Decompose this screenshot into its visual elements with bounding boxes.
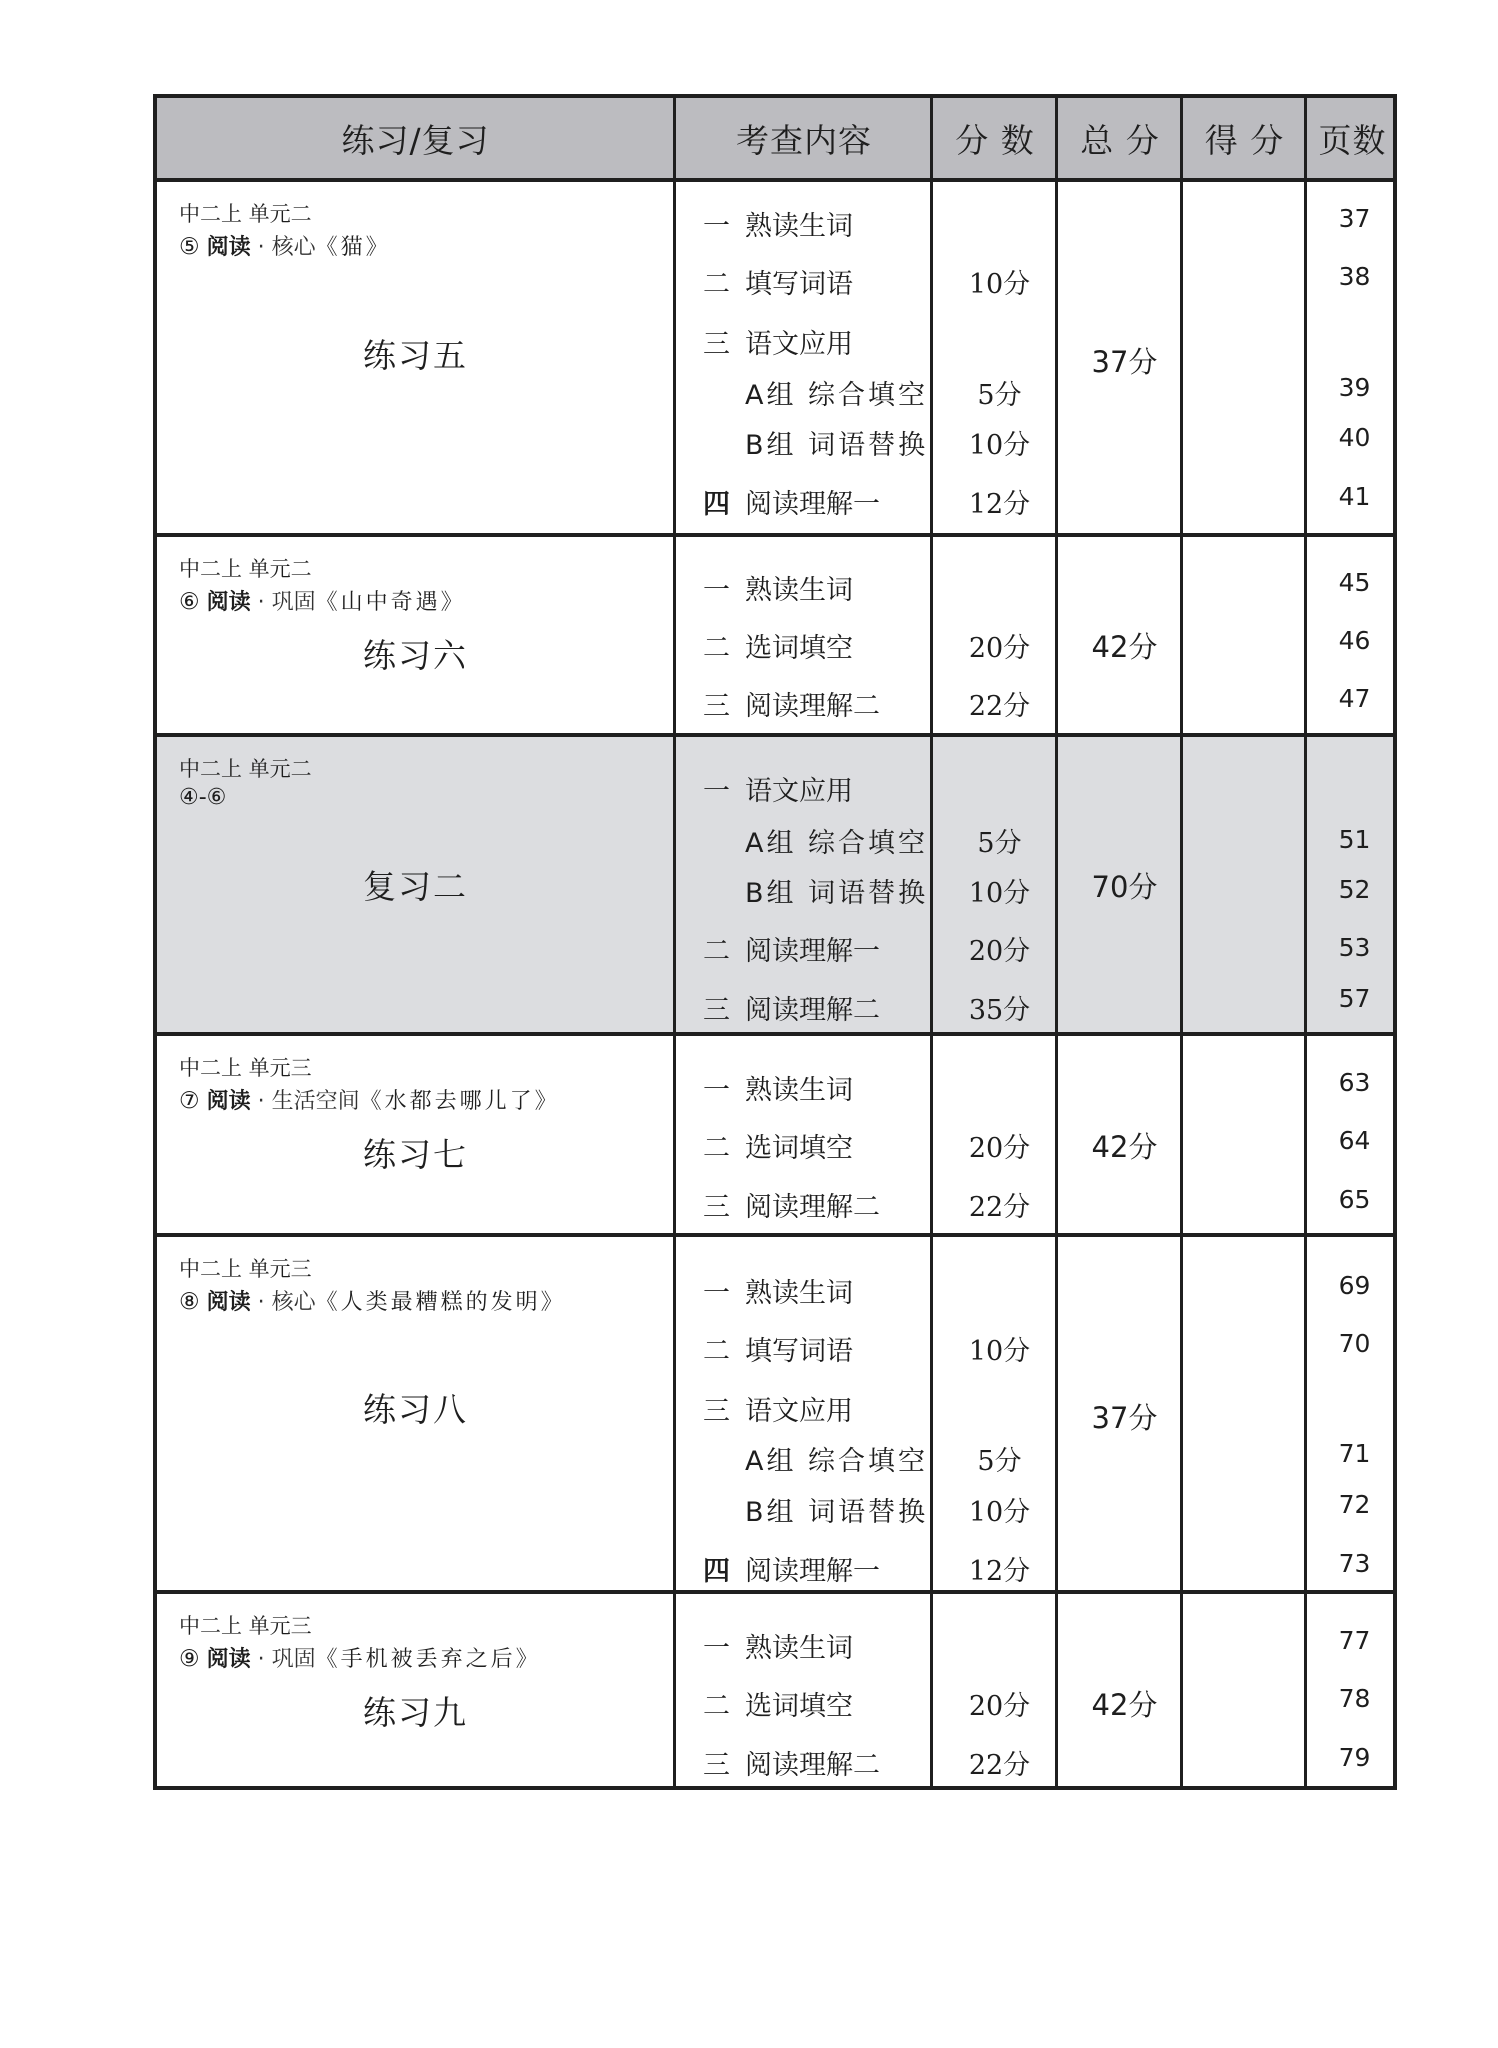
page-number: 38 bbox=[1308, 262, 1401, 291]
lesson-title: 《猫》 bbox=[316, 235, 391, 260]
grade-unit: 中二上 单元三 bbox=[179, 1052, 312, 1082]
content-item: 二选词填空 bbox=[703, 1684, 853, 1723]
lesson-number: ⑥ bbox=[179, 589, 200, 615]
header-earned: 得 分 bbox=[1184, 98, 1305, 178]
lesson-type: 阅读 bbox=[207, 1089, 251, 1114]
content-item: 一熟读生词 bbox=[703, 568, 853, 607]
item-score: 5分 bbox=[937, 373, 1062, 412]
lesson-range: ④-⑥ bbox=[179, 785, 226, 810]
lesson-title: 《水都去哪儿了》 bbox=[360, 1089, 560, 1114]
separator: · bbox=[251, 1290, 272, 1315]
page-number: 71 bbox=[1308, 1439, 1401, 1468]
table-row-exercise-7: 中二上 单元三 ⑦ 阅读 · 生活空间《水都去哪儿了》 练习七 一熟读生词 二选… bbox=[157, 1036, 1393, 1237]
table-header: 练习/复习 考查内容 分 数 总 分 得 分 页数 bbox=[157, 98, 1393, 178]
lesson-info: ⑦ 阅读 · 生活空间《水都去哪儿了》 bbox=[179, 1084, 560, 1115]
exercise-name: 练习五 bbox=[157, 330, 674, 377]
item-score: 10分 bbox=[937, 423, 1062, 462]
content-subitem: A组 综合填空 bbox=[745, 821, 928, 860]
lesson-category: 巩固 bbox=[272, 590, 316, 615]
row-divider bbox=[157, 1590, 1393, 1594]
page-number: 63 bbox=[1308, 1068, 1401, 1097]
item-score: 5分 bbox=[937, 821, 1062, 860]
content-subitem: B组 词语替换 bbox=[745, 1490, 928, 1529]
content-item: 三阅读理解二 bbox=[703, 684, 880, 723]
content-subitem: B组 词语替换 bbox=[745, 871, 928, 910]
item-score: 35分 bbox=[937, 988, 1062, 1027]
lesson-info: ⑤ 阅读 · 核心《猫》 bbox=[179, 230, 391, 261]
column-divider bbox=[1055, 98, 1058, 1786]
item-score: 12分 bbox=[937, 1549, 1062, 1588]
header-content: 考查内容 bbox=[677, 98, 931, 178]
page-number: 65 bbox=[1308, 1185, 1401, 1214]
lesson-type: 阅读 bbox=[207, 1290, 251, 1315]
page-number: 69 bbox=[1308, 1271, 1401, 1300]
content-subitem: B组 词语替换 bbox=[745, 423, 928, 462]
header-score: 分 数 bbox=[934, 98, 1056, 178]
row-divider bbox=[157, 1233, 1393, 1237]
row-divider bbox=[157, 733, 1393, 737]
page-number: 79 bbox=[1308, 1743, 1401, 1772]
item-score: 10分 bbox=[937, 1329, 1062, 1368]
lesson-category: 生活空间 bbox=[272, 1089, 360, 1114]
total-score: 70分 bbox=[1062, 865, 1187, 906]
header-divider bbox=[157, 178, 1393, 182]
grade-unit: 中二上 单元三 bbox=[179, 1253, 312, 1283]
exercise-name: 练习九 bbox=[157, 1687, 674, 1734]
table-row-exercise-9: 中二上 单元三 ⑨ 阅读 · 巩固《手机被丢弃之后》 练习九 一熟读生词 二选词… bbox=[157, 1594, 1393, 1790]
content-item: 一熟读生词 bbox=[703, 1626, 853, 1665]
page-number: 52 bbox=[1308, 875, 1401, 904]
header-page: 页数 bbox=[1308, 98, 1397, 178]
content-item: 三阅读理解二 bbox=[703, 1743, 880, 1782]
page-number: 70 bbox=[1308, 1329, 1401, 1358]
page-number: 53 bbox=[1308, 933, 1401, 962]
item-score: 20分 bbox=[937, 929, 1062, 968]
content-item: 二阅读理解一 bbox=[703, 929, 880, 968]
page-number: 57 bbox=[1308, 984, 1401, 1013]
exercise-score-table: 练习/复习 考查内容 分 数 总 分 得 分 页数 中二上 单元二 ⑤ 阅读 ·… bbox=[153, 94, 1397, 1790]
lesson-type: 阅读 bbox=[207, 590, 251, 615]
content-item: 一熟读生词 bbox=[703, 204, 853, 243]
lesson-title: 《手机被丢弃之后》 bbox=[316, 1647, 541, 1672]
page-number: 78 bbox=[1308, 1684, 1401, 1713]
lesson-number: ⑨ bbox=[179, 1646, 200, 1672]
total-score: 42分 bbox=[1062, 1683, 1187, 1724]
content-item: 一熟读生词 bbox=[703, 1271, 853, 1310]
separator: · bbox=[251, 1089, 272, 1114]
lesson-info: ⑨ 阅读 · 巩固《手机被丢弃之后》 bbox=[179, 1642, 541, 1673]
total-score: 42分 bbox=[1062, 1125, 1187, 1166]
table-row-exercise-6: 中二上 单元二 ⑥ 阅读 · 巩固《山中奇遇》 练习六 一熟读生词 二选词填空 … bbox=[157, 537, 1393, 737]
lesson-number: ⑤ bbox=[179, 234, 200, 260]
lesson-number: ⑧ bbox=[179, 1289, 200, 1315]
content-item: 二填写词语 bbox=[703, 1329, 853, 1368]
total-score: 42分 bbox=[1062, 625, 1187, 666]
item-score: 10分 bbox=[937, 871, 1062, 910]
header-total: 总 分 bbox=[1059, 98, 1181, 178]
item-score: 22分 bbox=[937, 1743, 1062, 1782]
item-score: 10分 bbox=[937, 1490, 1062, 1529]
page-number: 37 bbox=[1308, 204, 1401, 233]
table-row-exercise-5: 中二上 单元二 ⑤ 阅读 · 核心《猫》 练习五 一熟读生词 二填写词语 三语文… bbox=[157, 182, 1393, 537]
column-divider bbox=[673, 98, 676, 1786]
item-score: 5分 bbox=[937, 1439, 1062, 1478]
separator: · bbox=[251, 590, 272, 615]
item-score: 10分 bbox=[937, 262, 1062, 301]
exercise-name: 练习八 bbox=[157, 1384, 674, 1431]
total-score: 37分 bbox=[1062, 1396, 1187, 1437]
lesson-category: 核心 bbox=[272, 1290, 316, 1315]
table-row-review-2: 中二上 单元二 ④-⑥ 复习二 一语文应用 A组 综合填空 B组 词语替换 二阅… bbox=[157, 737, 1393, 1036]
grade-unit: 中二上 单元三 bbox=[179, 1610, 312, 1640]
content-item: 二选词填空 bbox=[703, 626, 853, 665]
content-subitem: A组 综合填空 bbox=[745, 373, 928, 412]
page-number: 73 bbox=[1308, 1549, 1401, 1578]
page-number: 72 bbox=[1308, 1490, 1401, 1519]
grade-unit: 中二上 单元二 bbox=[179, 553, 312, 583]
content-item: 三阅读理解二 bbox=[703, 988, 880, 1027]
lesson-category: 巩固 bbox=[272, 1647, 316, 1672]
item-score: 20分 bbox=[937, 626, 1062, 665]
separator: · bbox=[251, 235, 272, 260]
content-item: 一熟读生词 bbox=[703, 1068, 853, 1107]
content-item: 四阅读理解一 bbox=[703, 482, 880, 521]
header-exercise: 练习/复习 bbox=[157, 98, 674, 178]
total-score: 37分 bbox=[1062, 340, 1187, 381]
exercise-name: 练习七 bbox=[157, 1129, 674, 1176]
lesson-title: 《山中奇遇》 bbox=[316, 590, 466, 615]
exercise-name: 复习二 bbox=[157, 861, 674, 908]
table-row-exercise-8: 中二上 单元三 ⑧ 阅读 · 核心《人类最糟糕的发明》 练习八 一熟读生词 二填… bbox=[157, 1237, 1393, 1594]
content-item: 三语文应用 bbox=[703, 1389, 853, 1428]
content-item: 三阅读理解二 bbox=[703, 1185, 880, 1224]
item-score: 20分 bbox=[937, 1684, 1062, 1723]
lesson-title: 《人类最糟糕的发明》 bbox=[316, 1290, 566, 1315]
lesson-type: 阅读 bbox=[207, 1647, 251, 1672]
page-number: 41 bbox=[1308, 482, 1401, 511]
page-number: 51 bbox=[1308, 825, 1401, 854]
column-divider bbox=[1304, 98, 1307, 1786]
row-divider bbox=[157, 533, 1393, 537]
row-divider bbox=[157, 1032, 1393, 1036]
page-number: 46 bbox=[1308, 626, 1401, 655]
page-number: 77 bbox=[1308, 1626, 1401, 1655]
item-score: 12分 bbox=[937, 482, 1062, 521]
content-item: 二选词填空 bbox=[703, 1126, 853, 1165]
lesson-info: ⑧ 阅读 · 核心《人类最糟糕的发明》 bbox=[179, 1285, 566, 1316]
item-score: 20分 bbox=[937, 1126, 1062, 1165]
page-number: 40 bbox=[1308, 423, 1401, 452]
page-number: 64 bbox=[1308, 1126, 1401, 1155]
content-item: 一语文应用 bbox=[703, 769, 853, 808]
column-divider bbox=[1180, 98, 1183, 1786]
content-item: 三语文应用 bbox=[703, 322, 853, 361]
content-item: 二填写词语 bbox=[703, 262, 853, 301]
lesson-info: ⑥ 阅读 · 巩固《山中奇遇》 bbox=[179, 585, 466, 616]
page-number: 47 bbox=[1308, 684, 1401, 713]
grade-unit: 中二上 单元二 bbox=[179, 198, 312, 228]
item-score: 22分 bbox=[937, 684, 1062, 723]
column-divider bbox=[930, 98, 933, 1786]
separator: · bbox=[251, 1647, 272, 1672]
page-number: 45 bbox=[1308, 568, 1401, 597]
exercise-name: 练习六 bbox=[157, 630, 674, 677]
page-number: 39 bbox=[1308, 373, 1401, 402]
lesson-type: 阅读 bbox=[207, 235, 251, 260]
lesson-category: 核心 bbox=[272, 235, 316, 260]
lesson-number: ⑦ bbox=[179, 1088, 200, 1114]
item-score: 22分 bbox=[937, 1185, 1062, 1224]
grade-unit: 中二上 单元二 bbox=[179, 753, 312, 783]
content-item: 四阅读理解一 bbox=[703, 1549, 880, 1588]
content-subitem: A组 综合填空 bbox=[745, 1439, 928, 1478]
